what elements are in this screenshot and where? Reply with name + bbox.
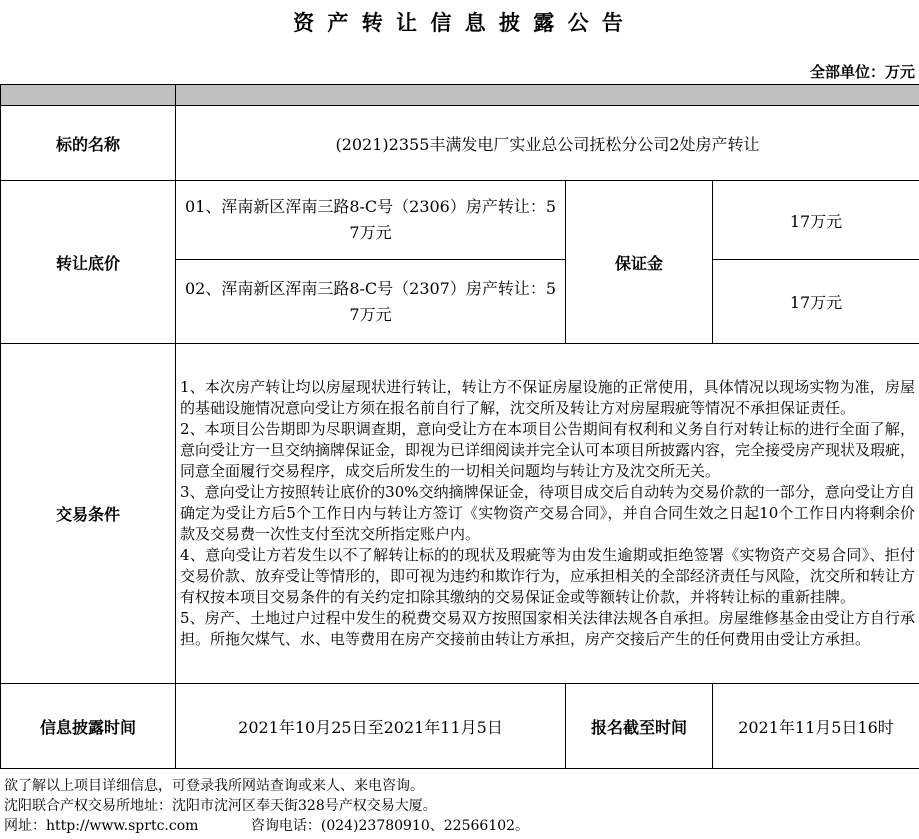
footer-info-line: 欲了解以上项目详细信息，可登录我所网站查询或来人、来电咨询。 — [4, 776, 919, 796]
disclosure-period-label: 信息披露时间 — [1, 684, 176, 769]
registration-deadline-label: 报名截至时间 — [566, 684, 713, 769]
conditions-text: 1、本次房产转让均以房屋现状进行转让，转让方不保证房屋设施的正常使用，具体情况以… — [176, 344, 919, 684]
footer-contact-line: 网址：http://www.sprtc.com 咨询电话：(024)237809… — [4, 816, 919, 836]
conditions-row: 交易条件 1、本次房产转让均以房屋现状进行转让，转让方不保证房屋设施的正常使用，… — [1, 344, 919, 684]
website-url: 网址：http://www.sprtc.com — [4, 818, 198, 834]
deposit-value-1: 17万元 — [713, 181, 919, 260]
conditions-label: 交易条件 — [1, 344, 176, 684]
header-cell-left — [1, 85, 176, 106]
deposit-value-2: 17万元 — [713, 260, 919, 344]
condition-item-3: 3、意向受让方按照转让底价的30%交纳摘牌保证金，待项目成交后自动转为交易价款的… — [180, 482, 915, 545]
price-row-1: 转让底价 01、浑南新区浑南三路8-C号（2306）房产转让：57万元 保证金 … — [1, 181, 919, 260]
subject-label: 标的名称 — [1, 106, 176, 181]
unit-note: 全部单位：万元 — [0, 62, 919, 82]
price-label: 转让底价 — [1, 181, 176, 344]
subject-value: (2021)2355丰满发电厂实业总公司抚松分公司2处房产转让 — [176, 106, 919, 181]
times-row: 信息披露时间 2021年10月25日至2021年11月5日 报名截至时间 202… — [1, 684, 919, 769]
contact-phone: 咨询电话：(024)23780910、22566102。 — [251, 818, 529, 834]
condition-item-1: 1、本次房产转让均以房屋现状进行转让，转让方不保证房屋设施的正常使用，具体情况以… — [180, 377, 915, 419]
header-cell-right — [176, 85, 919, 106]
announcement-page: 资 产 转 让 信 息 披 露 公 告 全部单位：万元 标的名称 (2021)2… — [0, 0, 919, 839]
registration-deadline-value: 2021年11月5日16时 — [713, 684, 919, 769]
condition-item-4: 4、意向受让方若发生以不了解转让标的的现状及瑕疵等为由发生逾期或拒绝签署《实物资… — [180, 545, 915, 608]
condition-item-2: 2、本项目公告期即为尽职调查期，意向受让方在本项目公告期间有权利和义务自行对转让… — [180, 419, 915, 482]
footer-notes: 欲了解以上项目详细信息，可登录我所网站查询或来人、来电咨询。 沈阳联合产权交易所… — [0, 776, 919, 836]
price-item-1-desc: 01、浑南新区浑南三路8-C号（2306）房产转让：57万元 — [176, 181, 566, 260]
footer-address-line: 沈阳联合产权交易所地址：沈阳市沈河区奉天街328号产权交易大厦。 — [4, 796, 919, 816]
disclosure-period-value: 2021年10月25日至2021年11月5日 — [176, 684, 566, 769]
deposit-label: 保证金 — [566, 181, 713, 344]
table-header-row — [1, 85, 919, 106]
condition-item-5: 5、房产、土地过户过程中发生的税费交易双方按照国家相关法律法规各自承担。房屋维修… — [180, 608, 915, 650]
price-item-2-desc: 02、浑南新区浑南三路8-C号（2307）房产转让：57万元 — [176, 260, 566, 344]
subject-row: 标的名称 (2021)2355丰满发电厂实业总公司抚松分公司2处房产转让 — [1, 106, 919, 181]
page-title: 资 产 转 让 信 息 披 露 公 告 — [0, 10, 919, 36]
disclosure-table: 标的名称 (2021)2355丰满发电厂实业总公司抚松分公司2处房产转让 转让底… — [0, 84, 919, 769]
